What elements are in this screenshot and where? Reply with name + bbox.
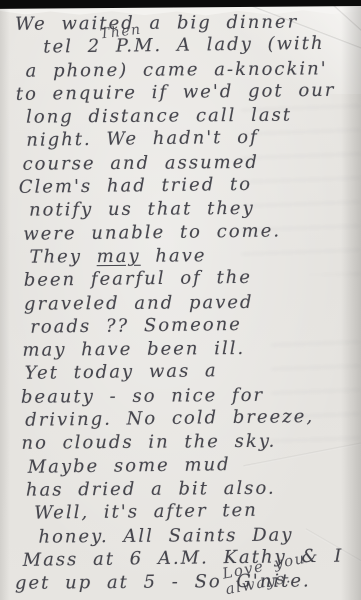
handwritten-line: Maybe some mud [28,451,361,479]
handwritten-line: to enquire if we'd got our [16,78,359,106]
handwritten-line: Clem's had tried to [19,171,360,199]
handwritten-line: roads ?? Someone [30,311,361,339]
handwritten-line: Well, it's after ten [34,498,361,526]
underlined-word: may [97,246,141,267]
handwritten-line: been fearful of the [24,265,361,293]
handwritten-line: Yet today was a [25,358,361,386]
letter-paper: We waited a big dinner tel 2 P.M. A lady… [0,0,361,600]
line-suffix: have [141,245,207,267]
line-prefix: They [29,246,96,268]
handwritten-line: driving. No cold breeze, [25,404,361,432]
handwritten-line: night. We hadn't of [26,125,359,153]
handwritten-line: were unable to come. [23,218,360,246]
handwritten-line: tel 2 P.M. A lady (with [43,32,358,59]
handwritten-text-block: We waited a big dinner tel 2 P.M. A lady… [0,9,361,595]
